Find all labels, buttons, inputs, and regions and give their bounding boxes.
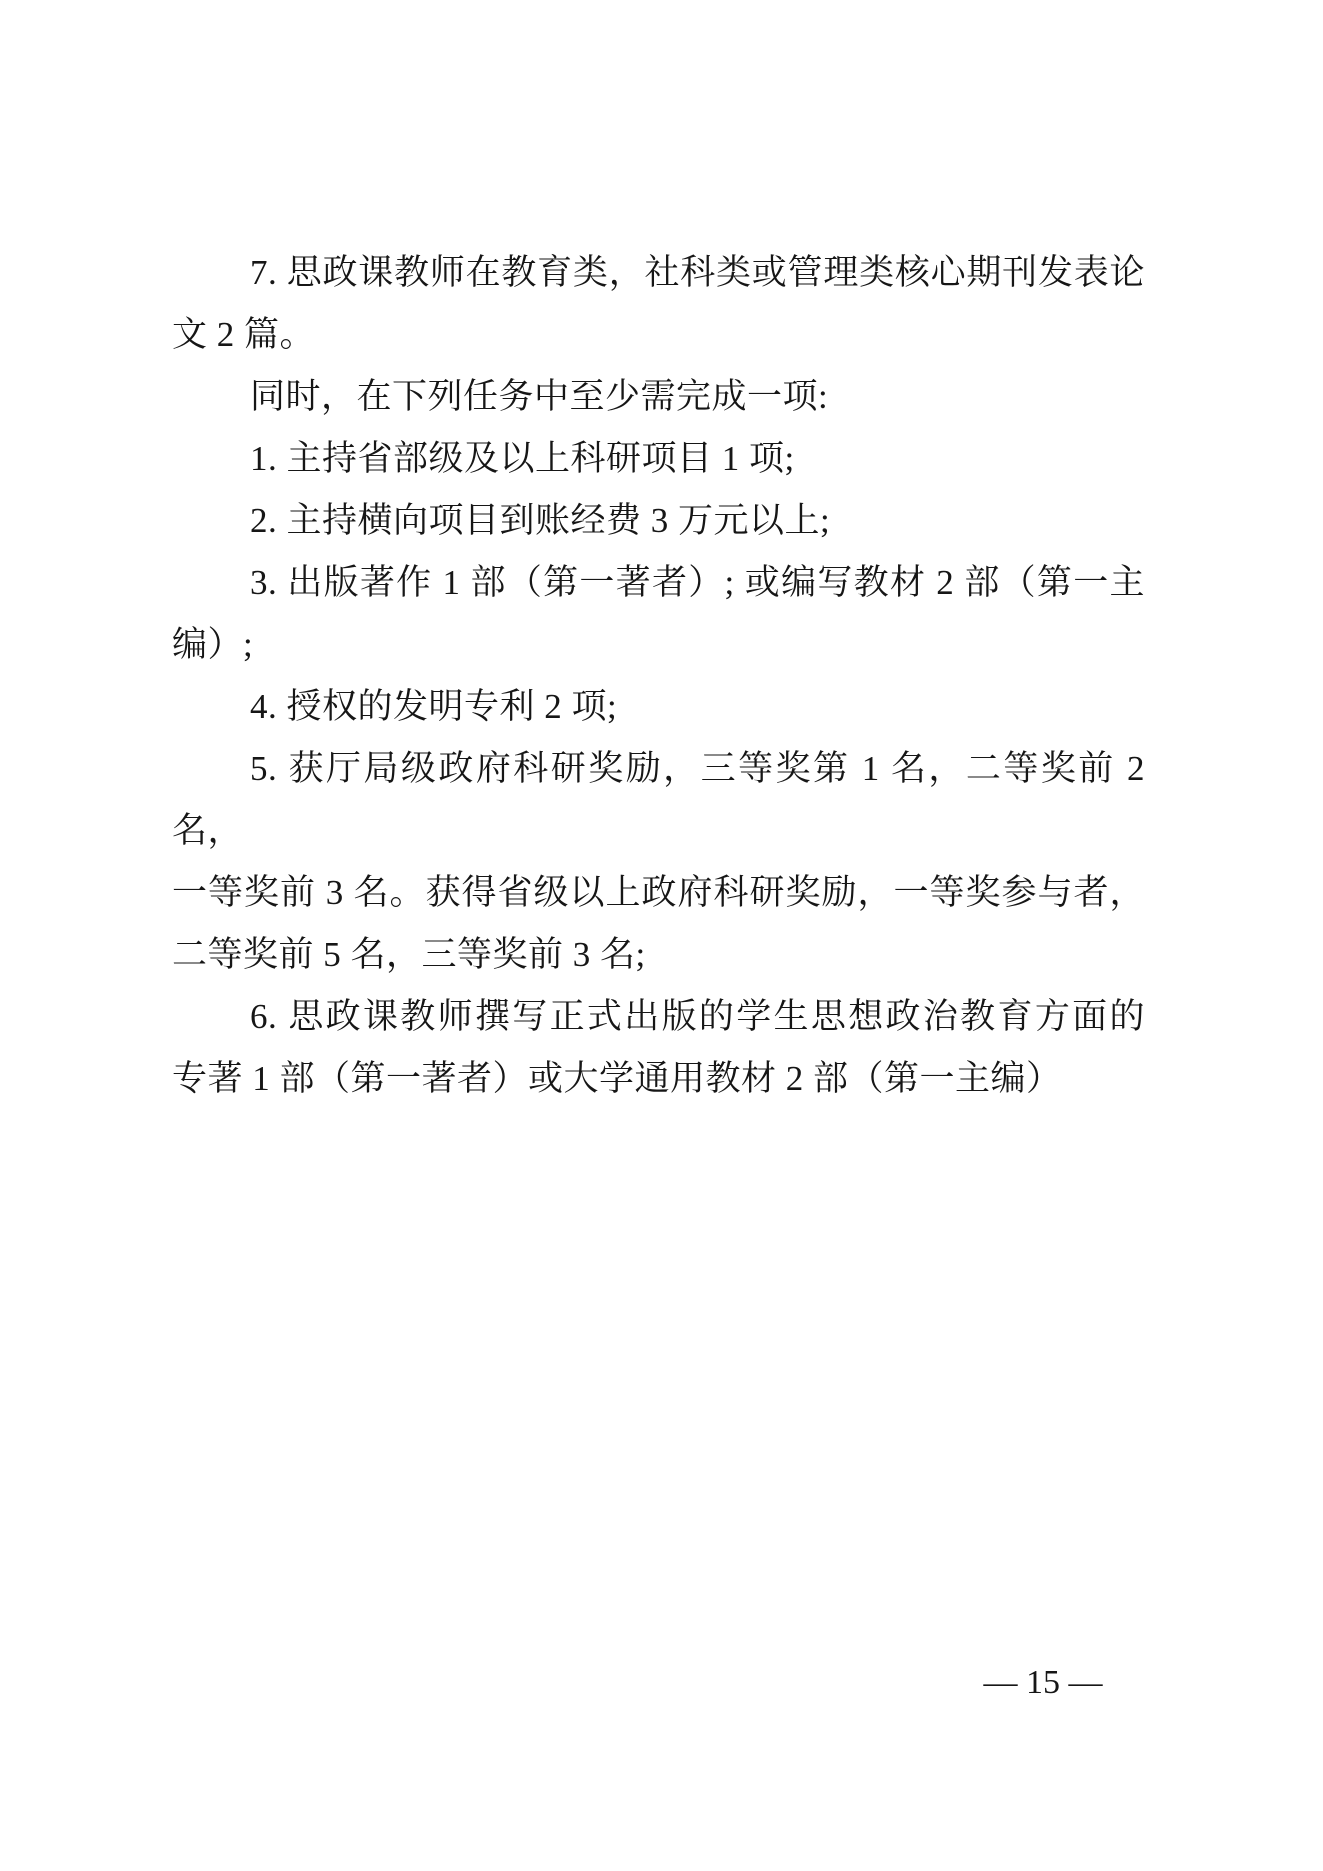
para-tasks-intro: 同时，在下列任务中至少需完成一项: — [172, 366, 1145, 428]
task-item-3-line2: 编）; — [172, 614, 1145, 676]
task-item-5-line4: 二等奖前 5 名，三等奖前 3 名; — [172, 924, 1145, 986]
task-item-2: 2. 主持横向项目到账经费 3 万元以上; — [172, 490, 1145, 552]
para-7-line1: 7. 思政课教师在教育类，社科类或管理类核心期刊发表论 — [172, 242, 1145, 304]
task-item-5-line1: 5. 获厅局级政府科研奖励，三等奖第 1 名，二等奖前 2 — [172, 738, 1145, 800]
document-page: 7. 思政课教师在教育类，社科类或管理类核心期刊发表论 文 2 篇。 同时，在下… — [0, 0, 1323, 1871]
task-item-6-line2: 专著 1 部（第一著者）或大学通用教材 2 部（第一主编） — [172, 1048, 1145, 1110]
task-item-3-line1: 3. 出版著作 1 部（第一著者）; 或编写教材 2 部（第一主 — [172, 552, 1145, 614]
task-item-5-line2: 名， — [172, 800, 1145, 862]
task-item-4: 4. 授权的发明专利 2 项; — [172, 676, 1145, 738]
document-body: 7. 思政课教师在教育类，社科类或管理类核心期刊发表论 文 2 篇。 同时，在下… — [172, 242, 1145, 1110]
task-item-5-line3: 一等奖前 3 名。获得省级以上政府科研奖励，一等奖参与者， — [172, 862, 1145, 924]
task-item-1: 1. 主持省部级及以上科研项目 1 项; — [172, 428, 1145, 490]
task-item-6-line1: 6. 思政课教师撰写正式出版的学生思想政治教育方面的 — [172, 986, 1145, 1048]
page-number: — 15 — — [943, 1660, 1143, 1706]
para-7-line2: 文 2 篇。 — [172, 304, 1145, 366]
